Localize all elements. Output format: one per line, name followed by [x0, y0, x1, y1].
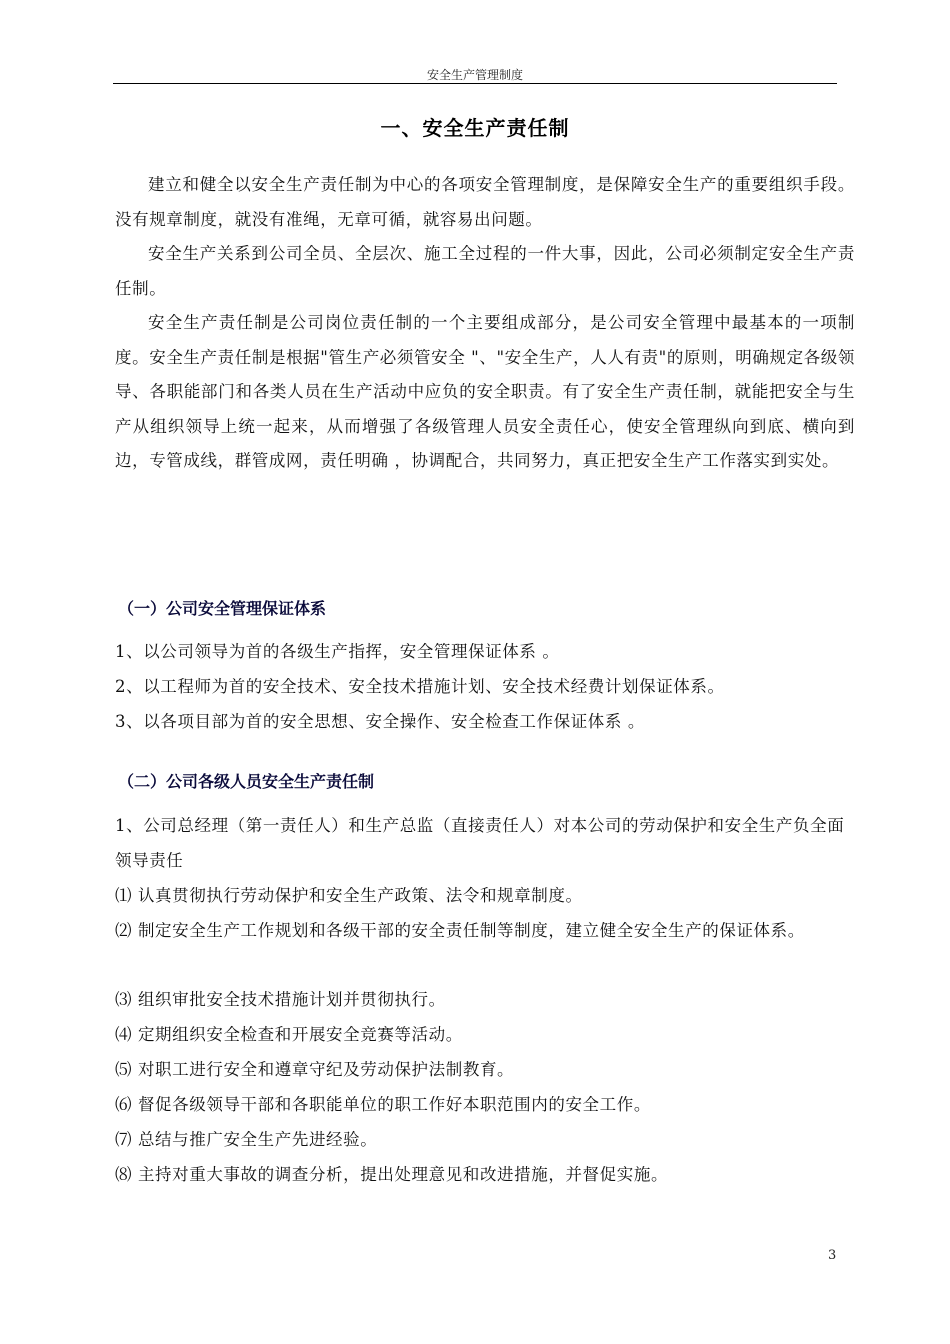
section2-item-1: ⑴ 认真贯彻执行劳动保护和安全生产政策、法令和规章制度。: [115, 879, 855, 914]
section1-item-2: 2、以工程师为首的安全技术、安全技术措施计划、安全技术经费计划保证体系。: [115, 670, 855, 705]
page-number: 3: [828, 1248, 836, 1263]
running-header: 安全生产管理制度: [0, 66, 950, 83]
section2-item-5: ⑸ 对职工进行安全和遵章守纪及劳动保护法制教育。: [115, 1053, 855, 1088]
intro-paragraph-2: 安全生产关系到公司全员、全层次、施工全过程的一件大事，因此，公司必须制定安全生产…: [115, 237, 855, 306]
intro-paragraph-1: 建立和健全以安全生产责任制为中心的各项安全管理制度，是保障安全生产的重要组织手段…: [115, 168, 855, 237]
document-title: 一、安全生产责任制: [0, 112, 950, 141]
section2-item-8: ⑻ 主持对重大事故的调查分析，提出处理意见和改进措施，并督促实施。: [115, 1158, 855, 1193]
section-heading-1: （一）公司安全管理保证体系: [118, 596, 326, 619]
section2-item-7: ⑺ 总结与推广安全生产先进经验。: [115, 1123, 855, 1158]
section-heading-2: （二）公司各级人员安全生产责任制: [118, 769, 374, 792]
section2-item-3: ⑶ 组织审批安全技术措施计划并贯彻执行。: [115, 983, 855, 1018]
section2-item-4: ⑷ 定期组织安全检查和开展安全竞赛等活动。: [115, 1018, 855, 1053]
section2-item-6: ⑹ 督促各级领导干部和各职能单位的职工作好本职范围内的安全工作。: [115, 1088, 855, 1123]
header-divider: [113, 83, 837, 84]
section2-lead: 1、公司总经理（第一责任人）和生产总监（直接责任人）对本公司的劳动保护和安全生产…: [115, 809, 855, 878]
section2-item-2: ⑵ 制定安全生产工作规划和各级干部的安全责任制等制度，建立健全安全生产的保证体系…: [115, 914, 855, 949]
intro-paragraph-3: 安全生产责任制是公司岗位责任制的一个主要组成部分，是公司安全管理中最基本的一项制…: [115, 306, 855, 479]
section1-item-1: 1、以公司领导为首的各级生产指挥，安全管理保证体系 。: [115, 635, 855, 670]
section1-item-3: 3、以各项目部为首的安全思想、安全操作、安全检查工作保证体系 。: [115, 705, 855, 740]
